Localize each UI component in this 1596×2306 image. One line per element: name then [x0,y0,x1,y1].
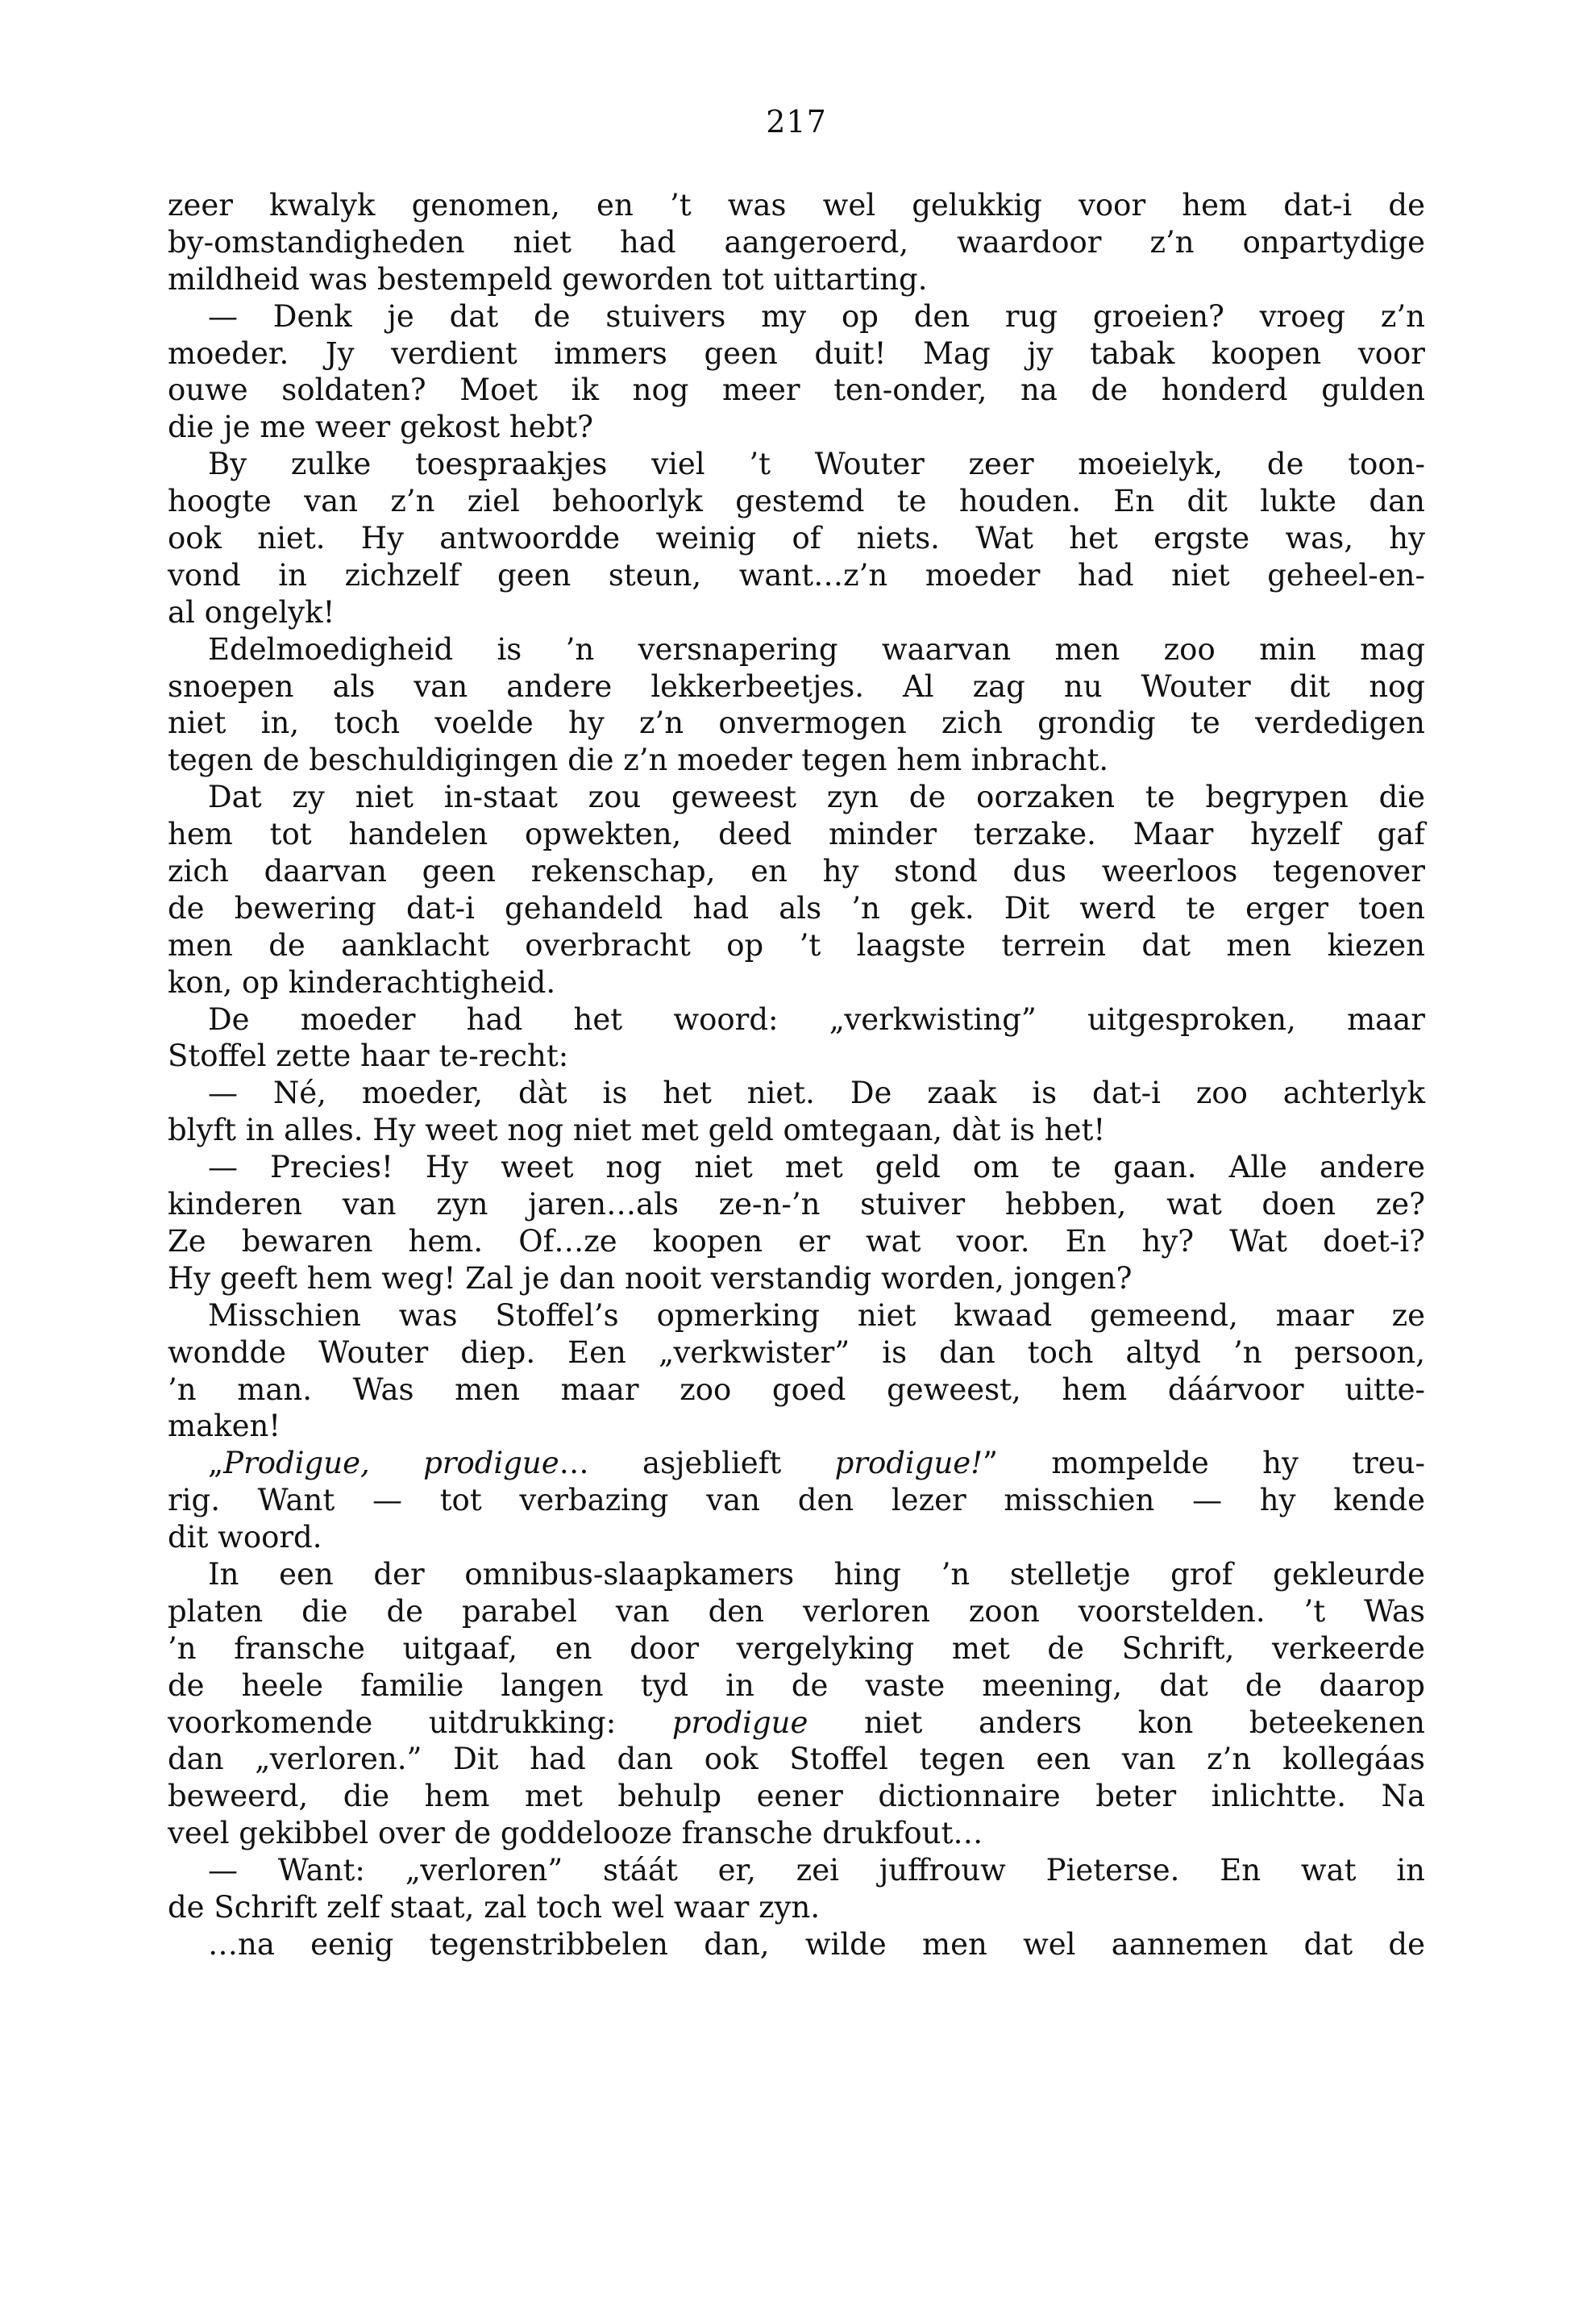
text-run: rig. Want — tot verbazing van den lezer … [168,1483,1425,1517]
text-line: de bewering dat-i gehandeld had als ’n g… [168,890,1425,927]
text-line: de Schrift zelf staat, zal toch wel waar… [168,1889,1425,1926]
text-run: hem tot handelen opwekten, deed minder t… [168,817,1425,851]
text-run: — Want: „verloren” stáát er, zei juffrou… [208,1853,1425,1888]
text-line: — Precies! Hy weet nog niet met geld om … [168,1149,1425,1186]
text-run: men de aanklacht overbracht op ’t laagst… [168,928,1425,963]
text-line: dan „verloren.” Dit had dan ook Stoffel … [168,1741,1425,1778]
text-line: Ze bewaren hem. Of…ze koopen er wat voor… [168,1223,1425,1260]
text-run: wondde Wouter diep. Een „verkwister” is … [168,1335,1425,1370]
text-line: hoogte van z’n ziel behoorlyk gestemd te… [168,483,1425,520]
text-line: ook niet. Hy antwoordde weinig of niets.… [168,520,1425,557]
text-run: Stoffel zette haar te-recht: [168,1039,568,1073]
text-line: ’n man. Was men maar zoo goed geweest, h… [168,1372,1425,1409]
text-run: snoepen als van andere lekkerbeetjes. Al… [168,669,1425,704]
text-run: ’n fransche uitgaaf, en door vergelyking… [168,1631,1425,1666]
text-line: vond in zichzelf geen steun, want…z’n mo… [168,557,1425,594]
text-run: ’n man. Was men maar zoo goed geweest, h… [168,1372,1425,1407]
text-run: dan „verloren.” Dit had dan ook Stoffel … [168,1742,1425,1776]
text-line: men de aanklacht overbracht op ’t laagst… [168,927,1425,964]
text-run: dit woord. [168,1520,322,1555]
text-line: die je me weer gekost hebt? [168,409,1425,446]
text-line: snoepen als van andere lekkerbeetjes. Al… [168,668,1425,706]
text-line: ’n fransche uitgaaf, en door vergelyking… [168,1630,1425,1667]
text-run: moeder. Jy verdient immers geen duit! Ma… [168,336,1425,371]
text-run: blyft in alles. Hy weet nog niet met gel… [168,1113,1105,1147]
italic-text-run: Prodigue, prodigue [223,1446,559,1480]
text-line: kon, op kinderachtigheid. [168,964,1425,1001]
text-line: — Denk je dat de stuivers my op den rug … [168,298,1425,335]
text-line: mildheid was bestempeld geworden tot uit… [168,261,1425,298]
text-run: vond in zichzelf geen steun, want…z’n mo… [168,558,1425,593]
text-line: ouwe soldaten? Moet ik nog meer ten-onde… [168,372,1425,409]
text-line: zeer kwalyk genomen, en ’t was wel geluk… [168,187,1425,224]
italic-text-run: prodigue [672,1705,808,1740]
text-run: Dat zy niet in-staat zou geweest zyn de … [208,780,1425,814]
text-run: kon, op kinderachtigheid. [168,965,555,1000]
text-line: — Want: „verloren” stáát er, zei juffrou… [168,1852,1425,1889]
text-run: by-omstandigheden niet had aangeroerd, w… [168,225,1425,260]
text-line: niet in, toch voelde hy z’n onvermogen z… [168,705,1425,742]
text-line: de heele familie langen tyd in de vaste … [168,1667,1425,1705]
text-run: ouwe soldaten? Moet ik nog meer ten-onde… [168,373,1425,407]
text-line: zich daarvan geen rekenschap, en hy ston… [168,853,1425,890]
text-line: — Né, moeder, dàt is het niet. De zaak i… [168,1075,1425,1112]
text-run: Misschien was Stoffel’s opmerking niet k… [208,1298,1425,1333]
text-run: …na eenig tegenstribbelen dan, wilde men… [208,1927,1425,1962]
text-run: Ze bewaren hem. Of…ze koopen er wat voor… [168,1224,1425,1259]
text-line: blyft in alles. Hy weet nog niet met gel… [168,1112,1425,1149]
text-line: By zulke toespraakjes viel ’t Wouter zee… [168,446,1425,483]
text-run: de heele familie langen tyd in de vaste … [168,1668,1425,1703]
text-run: de Schrift zelf staat, zal toch wel waar… [168,1890,820,1925]
text-run: zich daarvan geen rekenschap, en hy ston… [168,854,1425,889]
text-run: zeer kwalyk genomen, en ’t was wel geluk… [168,188,1425,223]
text-line: al ongelyk! [168,594,1425,631]
text-line: Dat zy niet in-staat zou geweest zyn de … [168,779,1425,816]
text-run: niet anders kon beteekenen [808,1705,1425,1740]
text-line: hem tot handelen opwekten, deed minder t… [168,816,1425,853]
body-text: zeer kwalyk genomen, en ’t was wel geluk… [168,187,1425,1963]
text-line: wondde Wouter diep. Een „verkwister” is … [168,1334,1425,1372]
text-run: tegen de beschuldigingen die z’n moeder … [168,743,1108,777]
text-run: hoogte van z’n ziel behoorlyk gestemd te… [168,484,1425,518]
text-run: Hy geeft hem weg! Zal je dan nooit verst… [168,1261,1132,1296]
text-line: rig. Want — tot verbazing van den lezer … [168,1482,1425,1519]
text-line: De moeder had het woord: „verkwisting” u… [168,1001,1425,1039]
text-run: ” mompelde hy treu- [983,1446,1425,1480]
text-run: de bewering dat-i gehandeld had als ’n g… [168,891,1425,926]
text-line: veel gekibbel over de goddelooze fransch… [168,1815,1425,1852]
text-run: — Denk je dat de stuivers my op den rug … [208,299,1425,334]
text-run: De moeder had het woord: „verkwisting” u… [208,1002,1425,1037]
text-run: By zulke toespraakjes viel ’t Wouter zee… [208,447,1425,481]
text-run: „ [208,1446,223,1480]
text-line: Hy geeft hem weg! Zal je dan nooit verst… [168,1260,1425,1297]
text-run: platen die de parabel van den verloren z… [168,1594,1425,1629]
text-line: voorkomende uitdrukking: prodigue niet a… [168,1705,1425,1742]
text-run: Edelmoedigheid is ’n versnapering waarva… [208,632,1425,667]
text-run: — Precies! Hy weet nog niet met geld om … [208,1150,1425,1184]
italic-text-run: prodigue! [835,1446,983,1480]
text-line: kinderen van zyn jaren…als ze-n-’n stuiv… [168,1186,1425,1223]
text-line: by-omstandigheden niet had aangeroerd, w… [168,224,1425,261]
text-run: ook niet. Hy antwoordde weinig of niets.… [168,521,1425,556]
text-run: die je me weer gekost hebt? [168,410,593,444]
text-run: — Né, moeder, dàt is het niet. De zaak i… [208,1076,1425,1110]
text-line: In een der omnibus-slaapkamers hing ’n s… [168,1556,1425,1593]
text-run: In een der omnibus-slaapkamers hing ’n s… [208,1557,1425,1592]
text-line: Misschien was Stoffel’s opmerking niet k… [168,1297,1425,1334]
text-line: …na eenig tegenstribbelen dan, wilde men… [168,1926,1425,1963]
text-run: kinderen van zyn jaren…als ze-n-’n stuiv… [168,1187,1425,1222]
text-run: beweerd, die hem met behulp eener dictio… [168,1779,1425,1813]
text-line: platen die de parabel van den verloren z… [168,1593,1425,1630]
text-run: niet in, toch voelde hy z’n onvermogen z… [168,706,1425,740]
text-run: mildheid was bestempeld geworden tot uit… [168,262,928,297]
text-line: tegen de beschuldigingen die z’n moeder … [168,742,1425,779]
text-line: Edelmoedigheid is ’n versnapering waarva… [168,631,1425,668]
text-line: „Prodigue, prodigue… asjeblieft prodigue… [168,1445,1425,1482]
text-line: dit woord. [168,1519,1425,1556]
page-number: 217 [0,103,1593,140]
text-run: maken! [168,1409,281,1443]
text-run: … asjeblieft [559,1446,835,1480]
text-run: veel gekibbel over de goddelooze fransch… [168,1816,983,1850]
text-run: al ongelyk! [168,595,335,630]
text-line: Stoffel zette haar te-recht: [168,1038,1425,1075]
text-line: beweerd, die hem met behulp eener dictio… [168,1778,1425,1815]
text-run: voorkomende uitdrukking: [168,1705,672,1740]
text-line: moeder. Jy verdient immers geen duit! Ma… [168,335,1425,373]
text-line: maken! [168,1408,1425,1445]
